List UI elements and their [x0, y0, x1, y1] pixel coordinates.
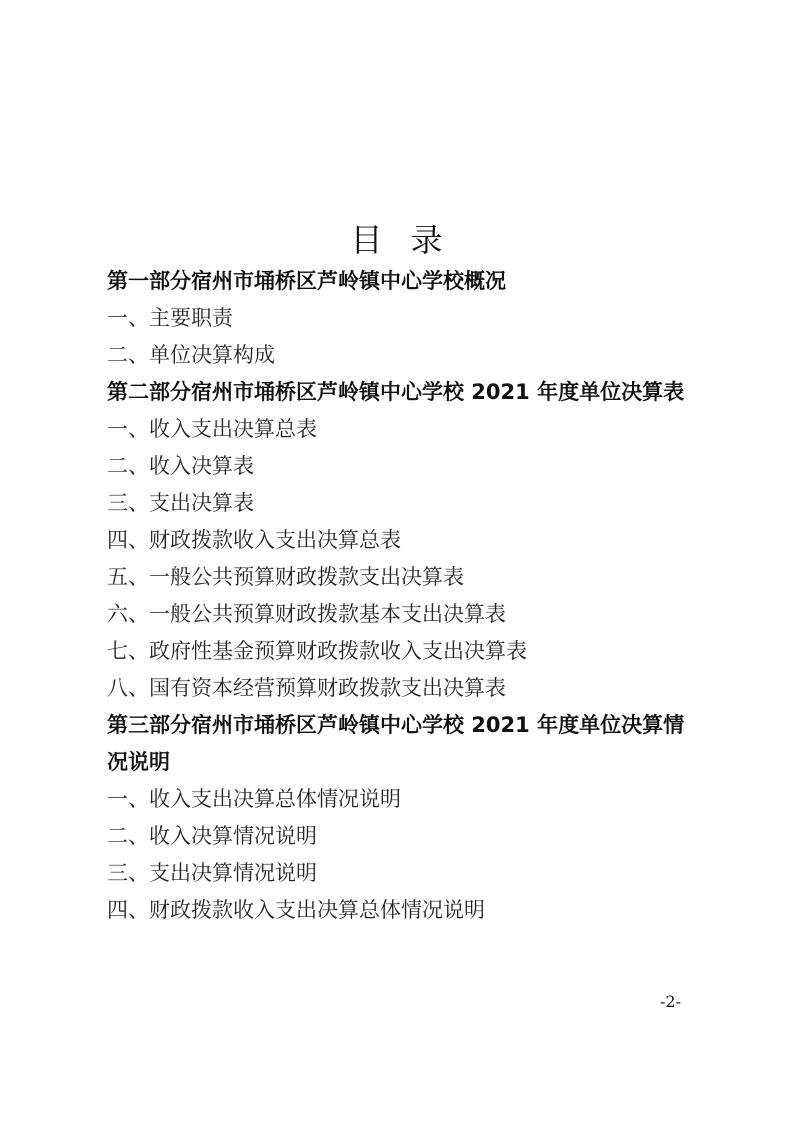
toc-item: 六、一般公共预算财政拨款基本支出决算表 — [107, 596, 707, 633]
toc-item: 三、支出决算情况说明 — [107, 855, 707, 892]
toc-part-1: 第一部分宿州市埇桥区芦岭镇中心学校概况 — [107, 263, 695, 300]
toc-item: 四、财政拨款收入支出决算总表 — [107, 522, 707, 559]
toc-item: 四、财政拨款收入支出决算总体情况说明 — [107, 892, 707, 929]
toc-item: 五、一般公共预算财政拨款支出决算表 — [107, 559, 707, 596]
page-title: 目录 — [0, 220, 793, 260]
toc-item: 二、收入决算情况说明 — [107, 818, 707, 855]
toc-item: 一、收入支出决算总体情况说明 — [107, 781, 707, 818]
toc-item: 一、主要职责 — [107, 300, 707, 337]
toc-part-3: 第三部分宿州市埇桥区芦岭镇中心学校 2021 年度单位决算情况说明 — [107, 707, 695, 781]
toc-part-2: 第二部分宿州市埇桥区芦岭镇中心学校 2021 年度单位决算表 — [107, 374, 695, 411]
toc-item: 七、政府性基金预算财政拨款收入支出决算表 — [107, 633, 707, 670]
toc-item: 三、支出决算表 — [107, 485, 707, 522]
toc-item: 一、收入支出决算总表 — [107, 411, 707, 448]
toc-item: 八、国有资本经营预算财政拨款支出决算表 — [107, 670, 707, 707]
page-number: -2- — [660, 992, 681, 1011]
document-page: 目录 第一部分宿州市埇桥区芦岭镇中心学校概况 一、主要职责 二、单位决算构成 第… — [0, 0, 793, 1122]
toc-item: 二、收入决算表 — [107, 448, 707, 485]
toc-item: 二、单位决算构成 — [107, 337, 707, 374]
table-of-contents: 第一部分宿州市埇桥区芦岭镇中心学校概况 一、主要职责 二、单位决算构成 第二部分… — [107, 263, 707, 929]
